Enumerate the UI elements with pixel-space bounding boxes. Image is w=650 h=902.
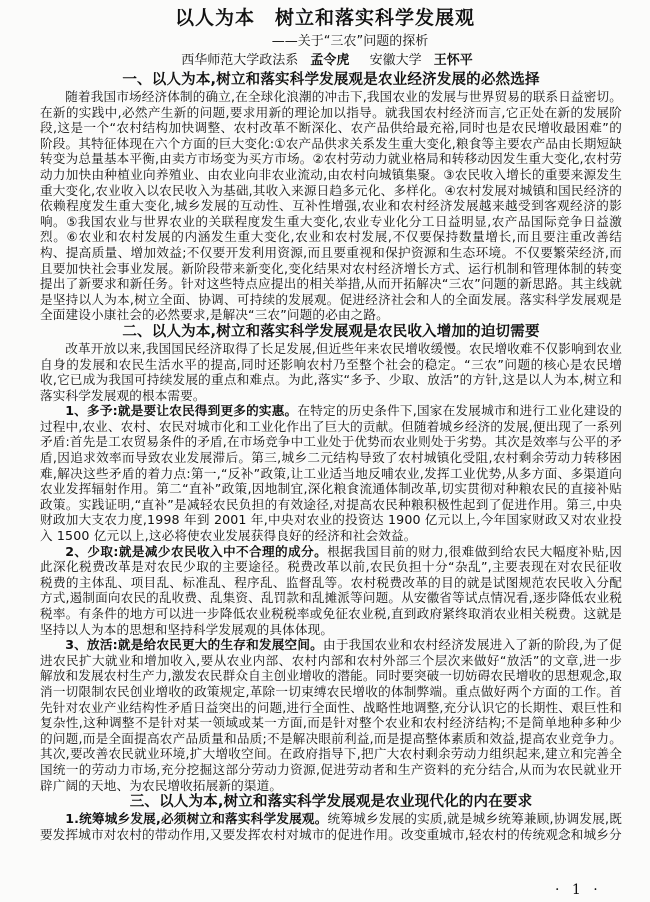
- section-heading: 二、以人为本,树立和落实科学发展观是农民收入增加的迫切需要: [40, 323, 622, 341]
- paragraph-text: 由于我国农业和农村经济发展进入了新的阶段,为了促进农民扩大就业和增加收入,要从农…: [40, 637, 622, 792]
- paper-title: 以人为本树立和落实科学发展观: [0, 6, 650, 30]
- paragraph-text: 随着我国市场经济体制的确立,在全球化浪潮的冲击下,我国农业的发展与世界贸易的联系…: [40, 89, 622, 322]
- author-affiliation: 西华师范大学政法系: [181, 53, 298, 68]
- paper-subtitle: ——关于“三农”问题的探析: [0, 33, 650, 51]
- paper-page: 以人为本树立和落实科学发展观 ——关于“三农”问题的探析 西华师范大学政法系 孟…: [0, 0, 650, 902]
- paragraph: 2、少取:就是减少农民收入中不合理的成分。根据我国目前的财力,很难做到给农民大幅…: [40, 544, 622, 638]
- paragraph-text: 在特定的历史条件下,国家在发展城市和进行工业化建设的过程中,农业、农村、农民对城…: [40, 403, 622, 543]
- paragraph: 随着我国市场经济体制的确立,在全球化浪潮的冲击下,我国农业的发展与世界贸易的联系…: [40, 89, 622, 323]
- author-affiliation: 安徽大学: [370, 53, 422, 68]
- section-heading: 一、以人为本,树立和落实科学发展观是农业经济发展的必然选择: [40, 71, 622, 89]
- paragraph: 1、多予:就是要让农民得到更多的实惠。在特定的历史条件下,国家在发展城市和进行工…: [40, 403, 622, 543]
- paragraph: 改革开放以来,我国国民经济取得了长足发展,但近些年来农民增收缓慢。农民增收难不仅…: [40, 341, 622, 403]
- paragraph-lead: 3、放活:就是给农民更大的生存和发展空间。: [65, 637, 323, 652]
- paragraph-text: 改革开放以来,我国国民经济取得了长足发展,但近些年来农民增收缓慢。农民增收难不仅…: [40, 341, 622, 403]
- paragraph-lead: 1、多予:就是要让农民得到更多的实惠。: [65, 403, 297, 418]
- paragraph-lead: 2、少取:就是减少农民收入中不合理的成分。: [65, 544, 327, 559]
- author-name: 王怀平: [434, 53, 473, 68]
- paragraph: 1.统筹城乡发展,必须树立和落实科学发展观。统筹城乡发展的实质,就是城乡统筹兼顾…: [40, 811, 622, 842]
- paragraph-lead: 1.统筹城乡发展,必须树立和落实科学发展观。: [65, 811, 327, 826]
- page-number: · 1 ·: [555, 882, 602, 898]
- author-name: 孟令虎: [310, 53, 349, 68]
- section-heading: 三、以人为本,树立和落实科学发展观是农业现代化的内在要求: [40, 793, 622, 811]
- paragraph: 3、放活:就是给农民更大的生存和发展空间。由于我国农业和农村经济发展进入了新的阶…: [40, 637, 622, 793]
- article-body: 一、以人为本,树立和落实科学发展观是农业经济发展的必然选择 随着我国市场经济体制…: [40, 71, 622, 842]
- title-part-2: 树立和落实科学发展观: [275, 7, 475, 29]
- author-line: 西华师范大学政法系 孟令虎 安徽大学 王怀平: [0, 52, 650, 70]
- title-part-1: 以人为本: [175, 7, 255, 29]
